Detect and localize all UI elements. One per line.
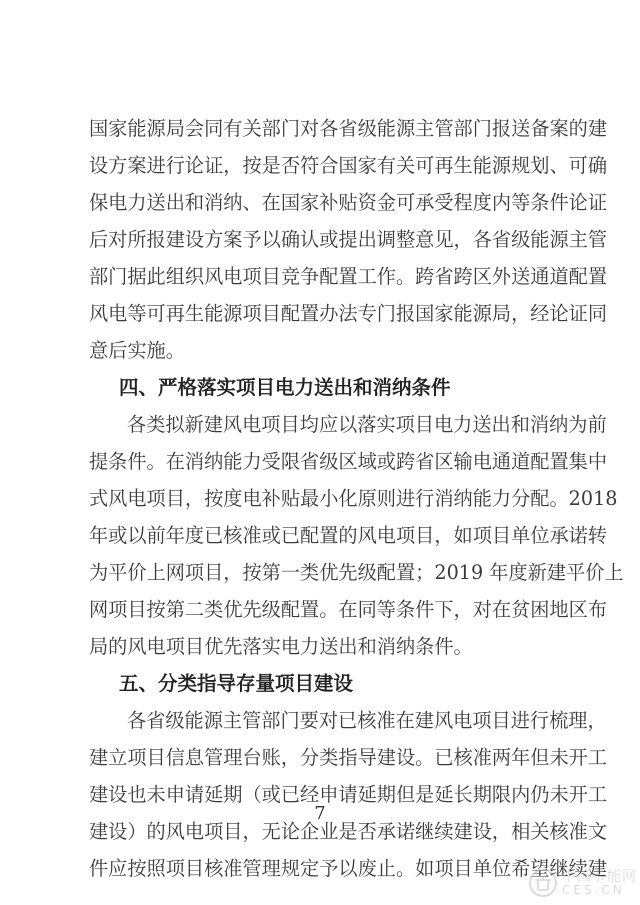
paragraph-3-line: 建立项目信息管理台账，分类指导建设。已核准两年但未开工 — [89, 739, 551, 776]
paragraph-2-line: 提条件。在消纳能力受限省级区域或跨省区输电通道配置集中 — [89, 443, 551, 480]
watermark: 中国节能网 CES.CN — [528, 866, 638, 902]
paragraph-1-line: 风电等可再生能源项目配置办法专门报国家能源局，经论证同 — [89, 295, 551, 332]
watermark-en-text: CES.CN — [562, 883, 625, 897]
paragraph-1-line: 保电力送出和消纳、在国家补贴资金可承受程度内等条件论证 — [89, 184, 551, 221]
section-heading-5: 五、分类指导存量项目建设 — [89, 665, 551, 702]
paragraph-2-line: 为平价上网项目，按第一类优先级配置；2019 年度新建平价上 — [89, 554, 551, 591]
paragraph-1-line: 意后实施。 — [89, 332, 551, 369]
paragraph-1-line: 部门据此组织风电项目竞争配置工作。跨省跨区外送通道配置 — [89, 258, 551, 295]
paragraph-2-line: 网项目按第二类优先级配置。在同等条件下，对在贫困地区布 — [89, 591, 551, 628]
ces-logo-icon — [528, 868, 558, 898]
paragraph-2-line: 各类拟新建风电项目均应以落实项目电力送出和消纳为前 — [89, 406, 551, 443]
page-number: 7 — [0, 803, 640, 824]
paragraph-1-line: 设方案进行论证，按是否符合国家有关可再生能源规划、可确 — [89, 147, 551, 184]
paragraph-1-line: 后对所报建设方案予以确认或提出调整意见，各省级能源主管 — [89, 221, 551, 258]
paragraph-3-line: 各省级能源主管部门要对已核准在建风电项目进行梳理， — [89, 702, 551, 739]
paragraph-3-line: 件应按照项目核准管理规定予以废止。如项目单位希望继续建 — [89, 850, 551, 887]
paragraph-2-line: 式风电项目，按度电补贴最小化原则进行消纳能力分配。2018 — [89, 480, 551, 517]
paragraph-2-line: 年或以前年度已核准或已配置的风电项目，如项目单位承诺转 — [89, 517, 551, 554]
paragraph-2-line: 局的风电项目优先落实电力送出和消纳条件。 — [89, 628, 551, 665]
section-heading-4: 四、严格落实项目电力送出和消纳条件 — [89, 369, 551, 406]
paragraph-1-line: 国家能源局会同有关部门对各省级能源主管部门报送备案的建 — [89, 110, 551, 147]
document-page: 国家能源局会同有关部门对各省级能源主管部门报送备案的建 设方案进行论证，按是否符… — [89, 110, 551, 887]
